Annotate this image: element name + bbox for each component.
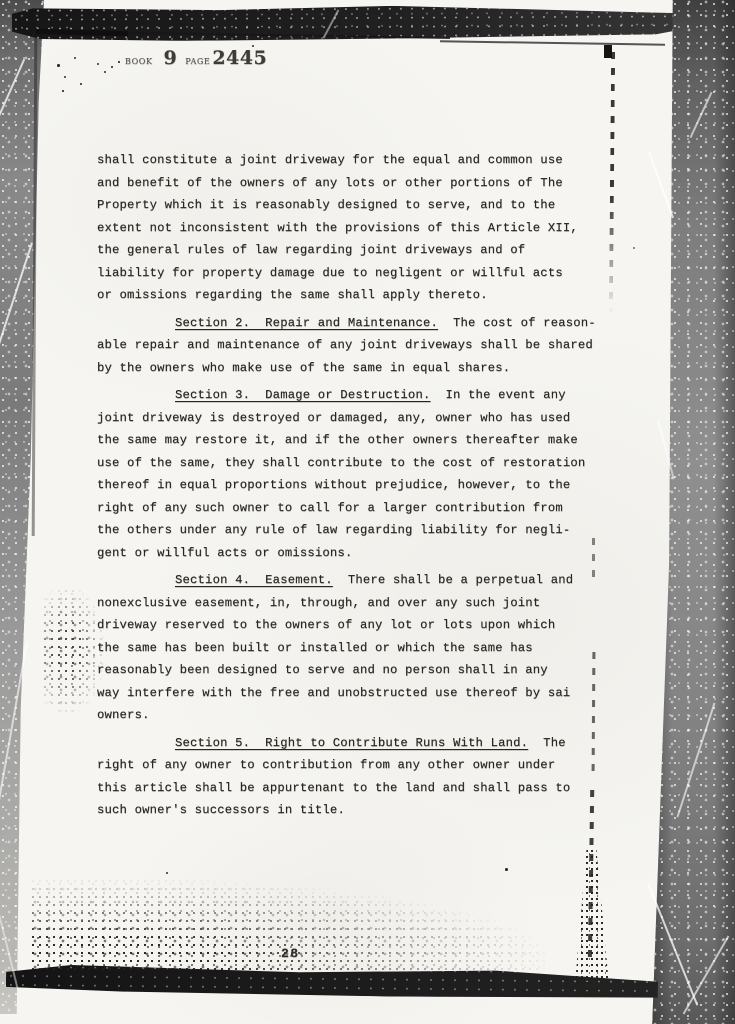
ink-dot: [74, 57, 76, 59]
ink-dot: [62, 90, 64, 92]
scan-noise-cluster: [42, 588, 104, 713]
ink-dot: [118, 61, 120, 63]
text-line: this article shall be appurtenant to the…: [97, 777, 602, 800]
section-heading: Section 5. Right to Contribute Runs With…: [175, 736, 528, 750]
text-line: the others under any rule of law regardi…: [97, 519, 602, 542]
text-line: joint driveway is destroyed or damaged, …: [97, 407, 602, 430]
text-line: the same may restore it, and if the othe…: [97, 429, 602, 452]
text-line: or omissions regarding the same shall ap…: [97, 284, 602, 307]
text-line: and benefit of the owners of any lots or…: [97, 172, 602, 195]
text-line: the general rules of law regarding joint…: [97, 239, 602, 262]
book-label: BOOK: [125, 57, 153, 66]
text-line: use of the same, they shall contribute t…: [97, 452, 602, 475]
text-line: reasonably been designed to serve and no…: [97, 659, 602, 682]
text-line: such owner's successors in title.: [97, 799, 602, 822]
paragraph: Section 4. Easement. There shall be a pe…: [97, 569, 602, 727]
text-line: the same has been built or installed or …: [97, 637, 602, 660]
text-line: driveway reserved to the owners of any l…: [97, 614, 602, 637]
paragraph: Section 3. Damage or Destruction. In the…: [97, 384, 602, 564]
heading-rest: The cost of reason-: [438, 316, 596, 330]
paragraph: shall constitute a joint driveway for th…: [97, 149, 602, 307]
text-line: Section 3. Damage or Destruction. In the…: [97, 384, 602, 407]
scanned-document-page: BOOK 9 PAGE 2445 shall constitute a join…: [0, 0, 735, 1024]
paragraph: Section 2. Repair and Maintenance. The c…: [97, 312, 602, 380]
ink-dot: [64, 76, 66, 78]
section-heading: Section 3. Damage or Destruction.: [175, 388, 430, 402]
ink-dot: [111, 66, 113, 68]
paragraph: Section 5. Right to Contribute Runs With…: [97, 732, 602, 822]
ink-dot: [80, 83, 82, 85]
text-line: Section 4. Easement. There shall be a pe…: [97, 569, 602, 592]
section-heading: Section 2. Repair and Maintenance.: [175, 316, 438, 330]
ink-dot: [505, 868, 508, 871]
text-line: nonexclusive easement, in, through, and …: [97, 592, 602, 615]
text-line: able repair and maintenance of any joint…: [97, 334, 602, 357]
text-line: Section 5. Right to Contribute Runs With…: [97, 732, 602, 755]
text-line: owners.: [97, 704, 602, 727]
text-line: thereof in equal proportions without pre…: [97, 474, 602, 497]
text-line: right of any such owner to call for a la…: [97, 497, 602, 520]
text-line: shall constitute a joint driveway for th…: [97, 149, 602, 172]
ink-dot: [57, 64, 60, 67]
text-line: Property which it is reasonably designed…: [97, 194, 602, 217]
book-page-stamp: BOOK 9 PAGE 2445: [125, 49, 267, 68]
text-line: way interfere with the free and unobstru…: [97, 682, 602, 705]
heading-rest: The: [528, 736, 566, 750]
section-heading: Section 4. Easement.: [175, 573, 333, 587]
heading-rest: In the event any: [430, 388, 565, 402]
text-line: right of any owner to contribution from …: [97, 754, 602, 777]
text-line: Section 2. Repair and Maintenance. The c…: [97, 312, 602, 335]
heading-rest: There shall be a perpetual and: [333, 573, 573, 587]
text-line: extent not inconsistent with the provisi…: [97, 217, 602, 240]
document-text: shall constitute a joint driveway for th…: [97, 149, 602, 822]
page-label: PAGE: [185, 57, 210, 66]
text-line: by the owners who make use of the same i…: [97, 357, 602, 380]
text-line: liability for property damage due to neg…: [97, 262, 602, 285]
ink-dot: [633, 247, 635, 249]
footer-page-number: 28: [281, 946, 300, 961]
ink-dot: [104, 71, 106, 73]
text-line: gent or willful acts or omissions.: [97, 542, 602, 565]
book-number: 9: [164, 49, 178, 68]
page-number-stamp: 2445: [212, 49, 267, 68]
